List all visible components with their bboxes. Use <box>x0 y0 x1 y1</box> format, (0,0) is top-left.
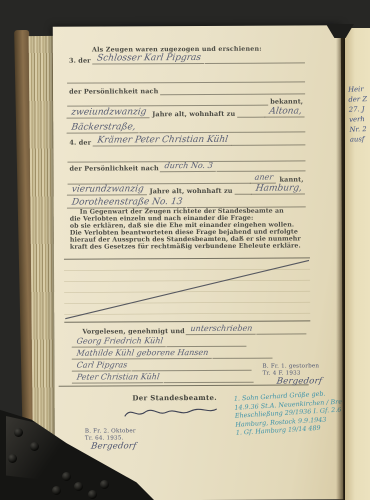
paragraph-line: kraft des Gesetzes für rechtmäßig verbun… <box>70 243 306 251</box>
note-line: der Z <box>348 93 370 104</box>
blank-line <box>232 132 306 145</box>
note-line: 27. J <box>349 103 370 114</box>
signature-carl-pipgras: Carl Pipgras <box>72 360 132 371</box>
note-line: Nr. 2 <box>349 123 370 134</box>
stamp-place: Bergedorf <box>90 443 136 450</box>
registry-page: Als Zeugen waren zugezogen und erschiene… <box>53 25 343 500</box>
blank-line <box>237 105 265 118</box>
blank-line <box>139 119 305 133</box>
signature-georg-kuehl: Georg Friedrich Kühl <box>72 336 168 348</box>
clasp-knob <box>88 490 97 499</box>
declaration-paragraph: In Gegenwart der Zeugen richtete der Sta… <box>70 207 306 251</box>
empty-ruled-area <box>64 257 310 322</box>
bekannt-label: bekannt, <box>268 97 305 105</box>
note-line: Heir <box>348 83 370 94</box>
next-page-edge: Heir der Z 27. J verh Nr. 2 ausf <box>345 28 370 500</box>
clasp-knob <box>100 480 109 489</box>
witness4-name: Krämer Peter Christian Kühl <box>92 135 232 147</box>
blank-line <box>186 194 305 208</box>
witness4-city: Hamburg, <box>251 183 307 194</box>
witness4-street: Dorotheenstraße No. 13 <box>67 197 187 209</box>
registration-stamp-left: B. Fr. 2. Oktober Tr. 64. 1935. Bergedor… <box>85 428 137 451</box>
blank-line <box>257 321 307 334</box>
witness4-age: vierundzwanzig <box>67 184 148 195</box>
witness3-prefix: 3. der <box>67 57 93 65</box>
jahre-alt-label: Jahre alt, wohnhaft zu <box>150 110 237 118</box>
note-line: ausf <box>350 133 370 144</box>
blank-line <box>205 50 305 64</box>
blank-line <box>163 370 253 383</box>
clasp-knob <box>30 442 39 451</box>
stamp-place: Bergedorf <box>276 378 322 385</box>
next-page-handwriting: Heir der Z 27. J verh Nr. 2 ausf <box>348 83 370 144</box>
blank-line <box>235 182 252 195</box>
book-scan: Als Zeugen waren zugezogen und erschiene… <box>0 0 370 500</box>
witness3-name: Schlosser Karl Pipgras <box>92 53 205 65</box>
clasp-knob <box>14 428 23 437</box>
witness4-prefix: 4. der <box>67 139 93 147</box>
witness3-city: Altona, <box>264 106 306 117</box>
witness3-age-row: zweiundzwanzig Jahre alt, wohnhaft zu Al… <box>67 105 305 118</box>
registrar-signature <box>121 403 221 422</box>
witness3-street: Bäckerstraße, <box>67 122 141 133</box>
witness3-name-row: 3. der Schlosser Karl Pipgras <box>67 51 305 64</box>
signature-peter-christian-kuehl: Peter Christian Kühl <box>72 372 164 383</box>
marginal-note-teal: 1. Sohn Gerhard Größe geb. 14.9.36 St.A.… <box>234 388 344 437</box>
clasp-knob <box>74 482 83 491</box>
clasp-knob <box>52 486 61 495</box>
clasp-knob <box>62 472 71 481</box>
note-line: verh <box>349 113 370 124</box>
clasp-knob <box>8 454 17 463</box>
witness3-age: zweiundzwanzig <box>66 107 150 118</box>
registration-stamp-right: B. Fr. 1. gestorben Tr. 4 F. 1933 Berged… <box>263 363 323 386</box>
registrar-label: Der Standesbeamte. <box>95 393 255 403</box>
witness4-name-row: 4. der Krämer Peter Christian Kühl <box>67 133 305 146</box>
